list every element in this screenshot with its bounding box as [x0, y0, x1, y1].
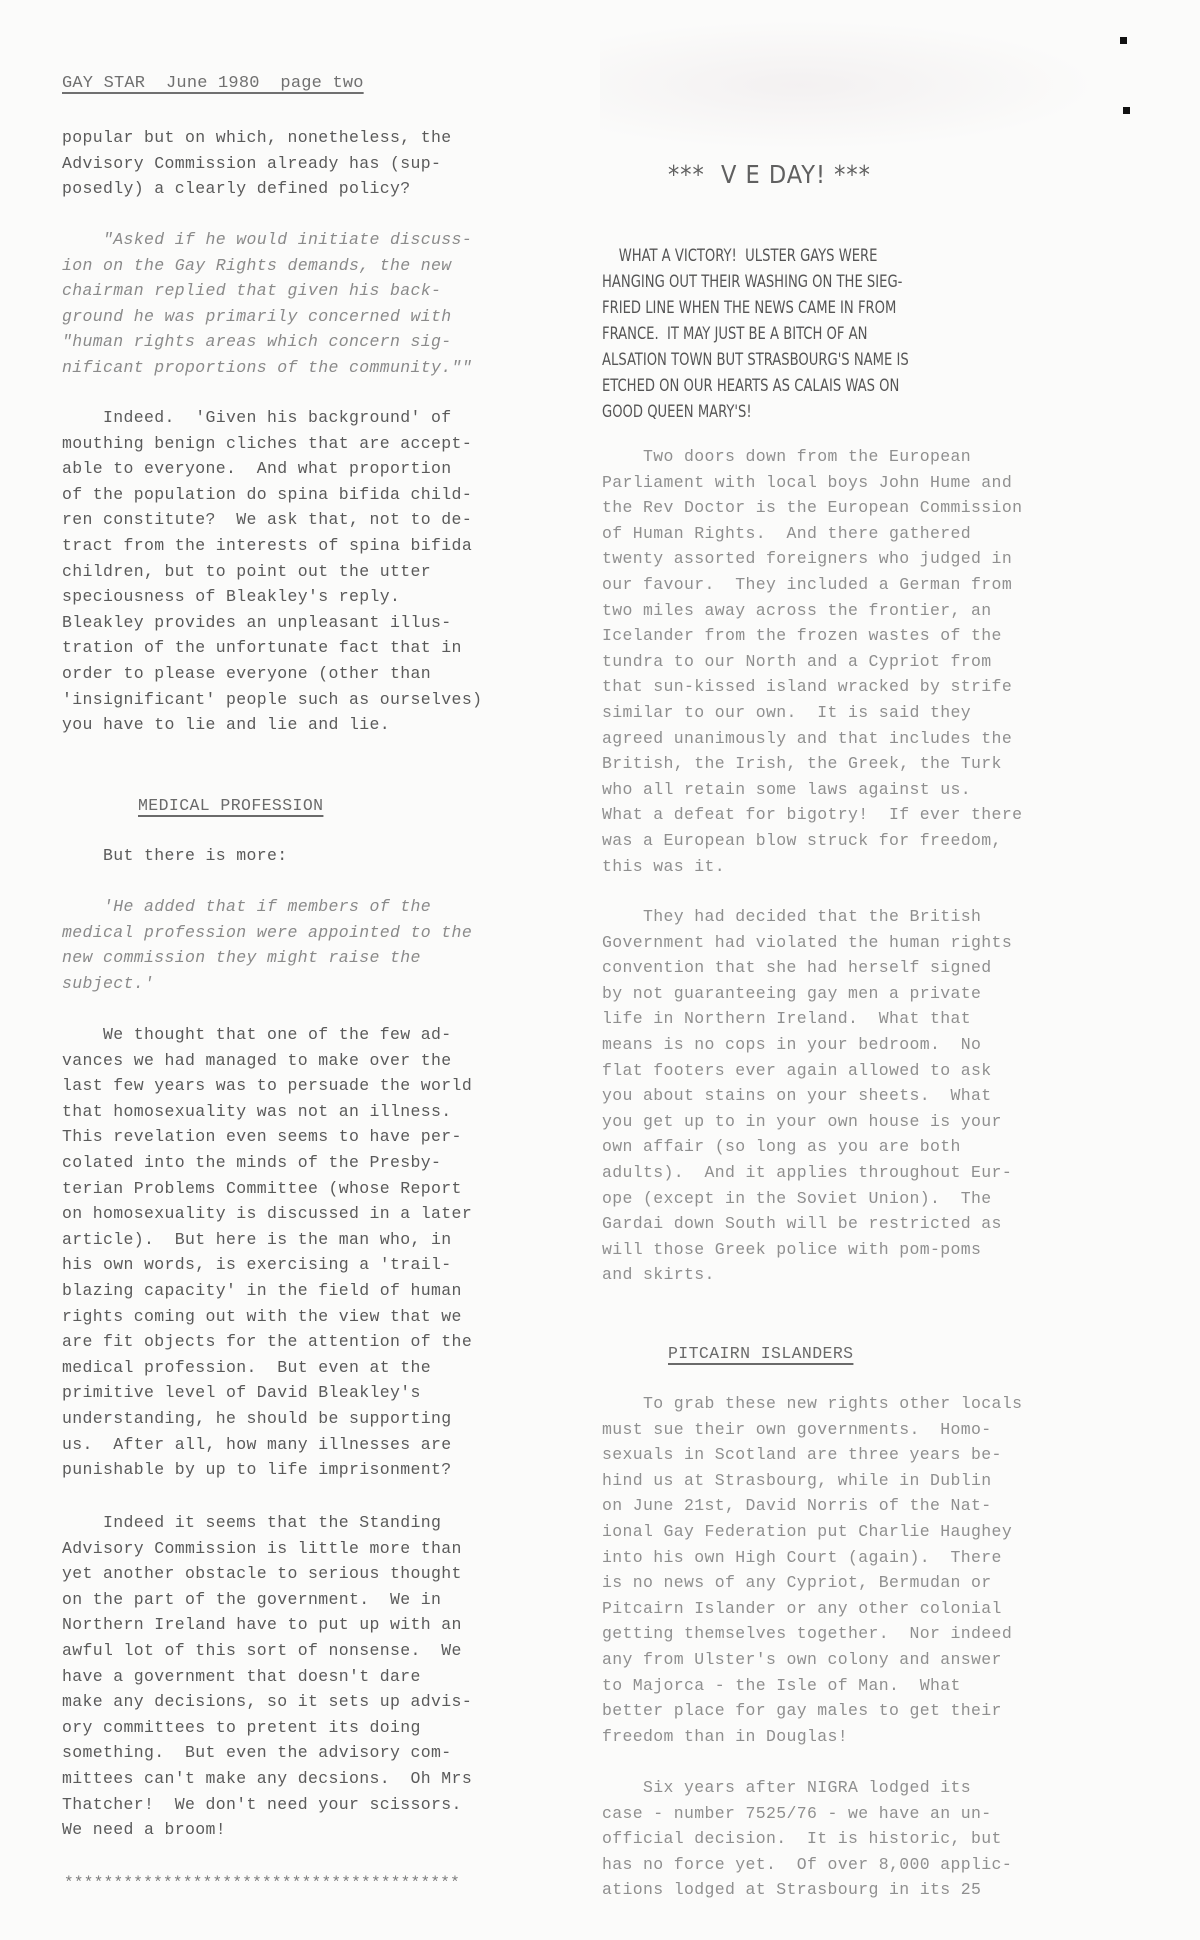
body-line: Six years after NIGRA lodged its [602, 1778, 971, 1798]
body-line: make any decisions, so it sets up advis- [62, 1692, 472, 1712]
quote-line: medical profession were appointed to the [62, 923, 472, 943]
caps-line: GOOD QUEEN MARY'S! [602, 402, 752, 422]
body-line: We thought that one of the few ad- [62, 1025, 452, 1045]
body-line: on the part of the government. We in [62, 1590, 441, 1610]
body-line: tract from the interests of spina bifida [62, 536, 472, 556]
body-line: British, the Irish, the Greek, the Turk [602, 754, 1002, 774]
body-line: posedly) a clearly defined policy? [62, 179, 411, 199]
body-line: case - number 7525/76 - we have an un- [602, 1804, 992, 1824]
body-line: us. After all, how many illnesses are [62, 1435, 452, 1455]
body-line: Icelander from the frozen wastes of the [602, 626, 1002, 646]
body-line: colated into the minds of the Presby- [62, 1153, 441, 1173]
caps-line: ALSATION TOWN BUT STRASBOURG'S NAME IS [602, 350, 909, 370]
body-line: you get up to in your own house is your [602, 1112, 1002, 1132]
body-line: understanding, he should be supporting [62, 1409, 452, 1429]
body-line: own affair (so long as you are both [602, 1137, 961, 1157]
body-line: blazing capacity' in the field of human [62, 1281, 462, 1301]
quote-line: new commission they might raise the [62, 948, 421, 968]
body-line: hind us at Strasbourg, while in Dublin [602, 1471, 992, 1491]
body-line: last few years was to persuade the world [62, 1076, 472, 1096]
body-line: What a defeat for bigotry! If ever there [602, 805, 1022, 825]
body-line: sexuals in Scotland are three years be- [602, 1445, 1002, 1465]
body-line: the Rev Doctor is the European Commissio… [602, 498, 1022, 518]
punch-mark-icon [1120, 37, 1127, 44]
body-line: of the population do spina bifida child- [62, 485, 472, 505]
body-line: flat footers ever again allowed to ask [602, 1061, 992, 1081]
body-line: Pitcairn Islander or any other colonial [602, 1599, 1002, 1619]
body-line: medical profession. But even at the [62, 1358, 431, 1378]
body-line: into his own High Court (again). There [602, 1548, 1002, 1568]
body-line: ory committees to pretent its doing [62, 1718, 421, 1738]
body-line: Parliament with local boys John Hume and [602, 473, 1012, 493]
caps-line: FRANCE. IT MAY JUST BE A BITCH OF AN [602, 324, 867, 344]
body-line: We need a broom! [62, 1820, 226, 1840]
body-line: agreed unanimously and that includes the [602, 729, 1012, 749]
body-line: Bleakley provides an unpleasant illus- [62, 613, 452, 633]
article-title-ve-day: *** V E DAY! *** [668, 160, 871, 189]
quote-line: "Asked if he would initiate discuss- [62, 230, 472, 250]
body-line: is no news of any Cypriot, Bermudan or [602, 1573, 992, 1593]
body-line: Northern Ireland have to put up with an [62, 1615, 462, 1635]
body-line: Thatcher! We don't need your scissors. [62, 1795, 462, 1815]
quote-line: "human rights areas which concern sig- [62, 332, 452, 352]
body-line: that homosexuality was not an illness. [62, 1102, 452, 1122]
body-line: To grab these new rights other locals [602, 1394, 1022, 1414]
body-line: has no force yet. Of over 8,000 applic- [602, 1855, 1012, 1875]
body-line: better place for gay males to get their [602, 1701, 1002, 1721]
quote-line: nificant proportions of the community."" [62, 358, 472, 378]
body-line: punishable by up to life imprisonment? [62, 1460, 452, 1480]
body-line: order to please everyone (other than [62, 664, 431, 684]
body-line: 'insignificant' people such as ourselves… [62, 690, 482, 710]
caps-line: HANGING OUT THEIR WASHING ON THE SIEG- [602, 272, 902, 292]
punch-mark-icon [1123, 107, 1130, 114]
body-line: able to everyone. And what proportion [62, 459, 452, 479]
body-line: Indeed it seems that the Standing [62, 1513, 441, 1533]
body-line: something. But even the advisory com- [62, 1743, 452, 1763]
body-line: adults). And it applies throughout Eur- [602, 1163, 1012, 1183]
body-line: terian Problems Committee (whose Report [62, 1179, 462, 1199]
body-line: Government had violated the human rights [602, 933, 1012, 953]
body-line: yet another obstacle to serious thought [62, 1564, 462, 1584]
section-heading: PITCAIRN ISLANDERS [668, 1344, 853, 1363]
body-line: vances we had managed to make over the [62, 1051, 452, 1071]
body-line: rights coming out with the view that we [62, 1307, 462, 1327]
body-line: by not guaranteeing gay men a private [602, 984, 981, 1004]
body-line: awful lot of this sort of nonsense. We [62, 1641, 462, 1661]
quote-line: chairman replied that given his back- [62, 281, 441, 301]
body-line: ional Gay Federation put Charlie Haughey [602, 1522, 1012, 1542]
body-line: twenty assorted foreigners who judged in [602, 549, 1012, 569]
body-line: you about stains on your sheets. What [602, 1086, 992, 1106]
body-line: Gardai down South will be restricted as [602, 1214, 1002, 1234]
body-line: official decision. It is historic, but [602, 1829, 1002, 1849]
body-line: this was it. [602, 857, 725, 877]
body-line: Advisory Commission already has (sup- [62, 154, 441, 174]
body-line: tration of the unfortunate fact that in [62, 638, 462, 658]
body-line: on June 21st, David Norris of the Nat- [602, 1496, 992, 1516]
body-line: ations lodged at Strasbourg in its 25 [602, 1880, 981, 1900]
body-line: ope (except in the Soviet Union). The [602, 1189, 992, 1209]
body-line: of Human Rights. And there gathered [602, 524, 971, 544]
body-line: mittees can't make any decsions. Oh Mrs [62, 1769, 472, 1789]
body-line: But there is more: [62, 846, 288, 866]
body-line: They had decided that the British [602, 907, 981, 927]
body-line: have a government that doesn't dare [62, 1667, 421, 1687]
body-line: two miles away across the frontier, an [602, 601, 992, 621]
body-line: freedom than in Douglas! [602, 1727, 848, 1747]
quote-line: 'He added that if members of the [62, 897, 431, 917]
body-line: life in Northern Ireland. What that [602, 1009, 971, 1029]
body-line: ren constitute? We ask that, not to de- [62, 510, 472, 530]
body-line: children, but to point out the utter [62, 562, 431, 582]
quote-line: ion on the Gay Rights demands, the new [62, 256, 452, 276]
body-line: our favour. They included a German from [602, 575, 1012, 595]
body-line: Advisory Commission is little more than [62, 1539, 462, 1559]
caps-line: WHAT A VICTORY! ULSTER GAYS WERE [602, 246, 877, 266]
body-line: who all retain some laws against us. [602, 780, 971, 800]
body-line: means is no cops in your bedroom. No [602, 1035, 981, 1055]
body-line: similar to our own. It is said they [602, 703, 971, 723]
body-line: tundra to our North and a Cypriot from [602, 652, 992, 672]
quote-line: ground he was primarily concerned with [62, 307, 452, 327]
section-heading: MEDICAL PROFESSION [138, 796, 323, 815]
body-line: getting themselves together. Nor indeed [602, 1624, 1012, 1644]
body-line: was a European blow struck for freedom, [602, 831, 1002, 851]
caps-line: ETCHED ON OUR HEARTS AS CALAIS WAS ON [602, 376, 899, 396]
bleed-through-stain [600, 20, 1100, 150]
quote-line: subject.' [62, 974, 154, 994]
body-line: Two doors down from the European [602, 447, 971, 467]
page-header: GAY STAR June 1980 page two [62, 74, 364, 93]
body-line: will those Greek police with pom-poms [602, 1240, 981, 1260]
body-line: popular but on which, nonetheless, the [62, 128, 452, 148]
body-line: mouthing benign cliches that are accept- [62, 434, 472, 454]
body-line: primitive level of David Bleakley's [62, 1383, 421, 1403]
body-line: on homosexuality is discussed in a later [62, 1204, 472, 1224]
body-line: are fit objects for the attention of the [62, 1332, 472, 1352]
body-line: convention that she had herself signed [602, 958, 992, 978]
body-line: Indeed. 'Given his background' of [62, 408, 452, 428]
body-line: his own words, is exercising a 'trail- [62, 1255, 452, 1275]
body-line: article). But here is the man who, in [62, 1230, 452, 1250]
body-line: that sun-kissed island wracked by strife [602, 677, 1012, 697]
body-line: must sue their own governments. Homo- [602, 1420, 992, 1440]
body-line: any from Ulster's own colony and answer [602, 1650, 1002, 1670]
newsletter-page: GAY STAR June 1980 page two popular but … [0, 0, 1200, 1940]
body-line: This revelation even seems to have per- [62, 1127, 462, 1147]
body-line: and skirts. [602, 1265, 715, 1285]
body-line: to Majorca - the Isle of Man. What [602, 1676, 961, 1696]
body-line: speciousness of Bleakley's reply. [62, 587, 400, 607]
section-divider: **************************************** [64, 1874, 460, 1892]
caps-line: FRIED LINE WHEN THE NEWS CAME IN FROM [602, 298, 896, 318]
body-line: you have to lie and lie and lie. [62, 715, 390, 735]
